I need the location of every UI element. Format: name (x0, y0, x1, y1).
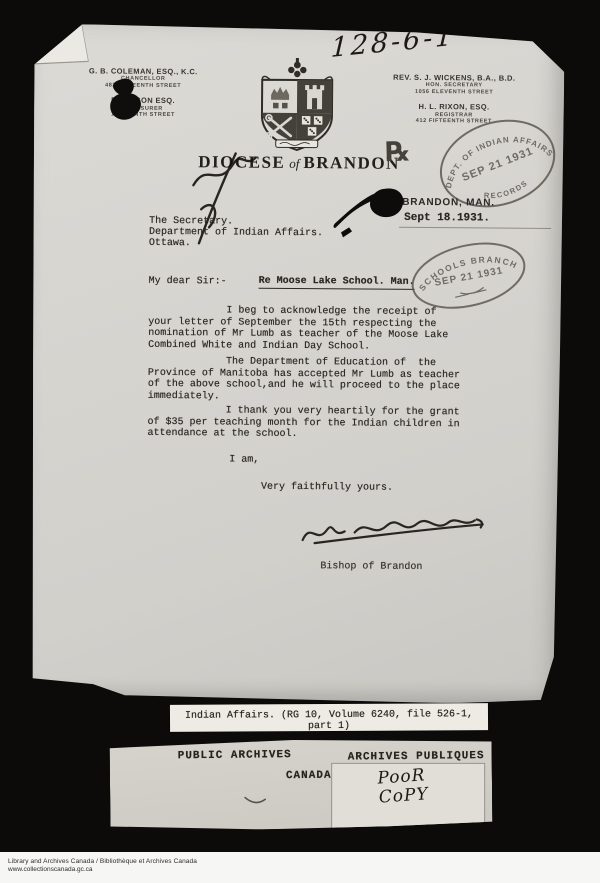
poor-copy-note-box: PooR CoPY (332, 764, 484, 834)
pen-check-mark (243, 793, 269, 807)
canada-title: CANADA (286, 770, 332, 782)
salutation: My dear Sir:- (149, 276, 227, 288)
public-archives-strip: PUBLIC ARCHIVES ARCHIVES PUBLIQUES CANAD… (110, 737, 493, 831)
signer-title: Bishop of Brandon (320, 561, 422, 573)
ink-blot-date (333, 184, 411, 243)
letter-paper: 128-6-1 G. B. COLEMAN, ESQ., K.C. CHANCE… (29, 24, 564, 704)
poor-copy-note: PooR CoPY (377, 766, 429, 807)
source-footer-line2: www.collectionscanada.gc.ca (8, 866, 93, 873)
body-paragraph-2: The Department of Education of the Provi… (148, 356, 460, 404)
stamp-ornament (455, 287, 487, 297)
body-paragraph-3: I thank you very heartily for the grant … (147, 405, 459, 442)
public-archives-title: PUBLIC ARCHIVES (178, 749, 292, 762)
officer-name: G. B. COLEMAN, ESQ., K.C. (84, 66, 202, 76)
ink-blot-left (104, 76, 152, 132)
archive-caption-box: Indian Affairs. (RG 10, Volume 6240, fil… (170, 703, 488, 732)
recipient-address: The Secretary. Department of Indian Affa… (149, 216, 323, 250)
letterhead-place: BRANDON, MAN. (402, 197, 495, 209)
letter-date: Sept 18.1931. (404, 212, 490, 225)
officer-name: REV. S. J. WICKENS, B.A., B.D. (386, 73, 522, 83)
signature (296, 510, 496, 558)
source-footer: Library and Archives Canada / Bibliothèq… (0, 852, 600, 883)
closing-i-am: I am, (229, 454, 259, 465)
org-word: of (289, 156, 299, 171)
closing-valediction: Very faithfully yours. (261, 482, 393, 494)
stamp-arc-text: SCHOOLS BRANCH (413, 245, 522, 294)
archive-caption-text: Indian Affairs. (RG 10, Volume 6240, fil… (170, 709, 488, 733)
subject-line: Re Moose Lake School. Man. (259, 276, 415, 290)
source-footer-line1: Library and Archives Canada / Bibliothèq… (8, 858, 197, 865)
stamp-arc-text: DEPT. OF INDIAN AFFAIRS (434, 121, 556, 191)
date-rule (399, 227, 551, 229)
svg-text:DEPT. OF INDIAN AFFAIRS: DEPT. OF INDIAN AFFAIRS (434, 121, 556, 191)
archives-publiques-title: ARCHIVES PUBLIQUES (348, 750, 485, 763)
handwritten-file-number: 128-6-1 (330, 21, 456, 64)
rx-mark: ℞ (385, 136, 410, 168)
svg-text:SCHOOLS BRANCH: SCHOOLS BRANCH (413, 245, 522, 294)
body-paragraph-1: I beg to acknowledge the receipt of your… (148, 305, 448, 353)
